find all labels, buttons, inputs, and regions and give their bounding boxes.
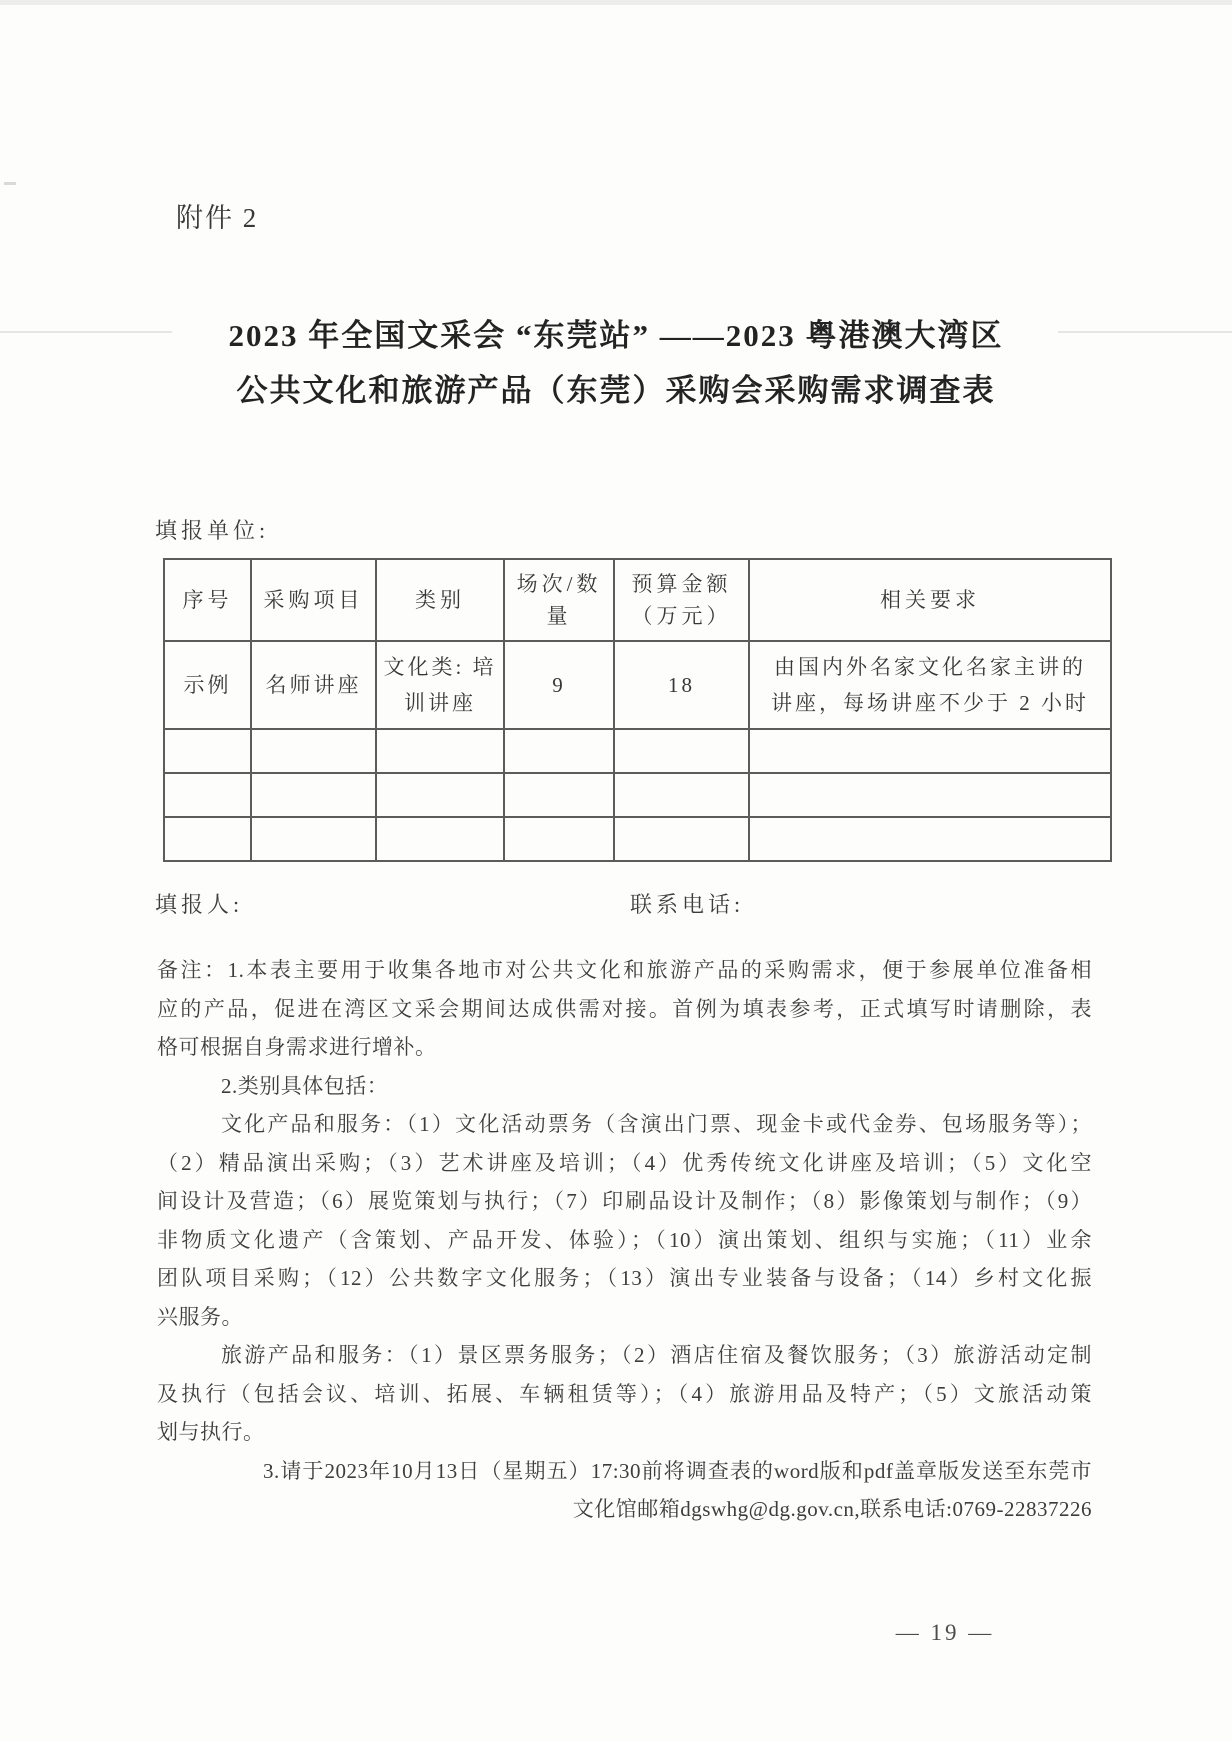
contact-phone-label: 联系电话: [630, 888, 744, 919]
table-header-row: 序号 采购项目 类别 场次/数 量 预算金额 （万元） 相关要求 [164, 559, 1111, 641]
seq-cell [164, 773, 251, 817]
note-line: 2.类别具体包括： [157, 1067, 1092, 1106]
header-seq: 序号 [164, 559, 251, 641]
scan-edge-mark [4, 182, 16, 185]
note-line: 划与执行。 [157, 1413, 1092, 1452]
note-line: 3.请于2023年10月13日（星期五）17:30前将调查表的word版和pdf… [157, 1452, 1092, 1491]
note-line: 间设计及营造；（6）展览策划与执行；（7）印刷品设计及制作；（8）影像策划与制作… [157, 1182, 1092, 1221]
sessions-cell: 9 [504, 641, 614, 729]
note-line: 备注：1.本表主要用于收集各地市对公共文化和旅游产品的采购需求，便于参展单位准备… [157, 951, 1092, 990]
note-line: 应的产品，促进在湾区文采会期间达成供需对接。首例为填表参考，正式填写时请删除，表 [157, 990, 1092, 1029]
header-requirements: 相关要求 [749, 559, 1111, 641]
seq-cell [164, 817, 251, 861]
budget-cell [614, 773, 749, 817]
item-cell: 名师讲座 [251, 641, 376, 729]
page-number: — 19 — [855, 1620, 1035, 1646]
budget-cell [614, 817, 749, 861]
document-title-line1: 2023 年全国文采会 “东莞站” ——2023 粤港澳大湾区 [0, 310, 1232, 355]
category-cell: 文化类: 培 训讲座 [376, 641, 504, 729]
header-budget: 预算金额 （万元） [614, 559, 749, 641]
table-row [164, 817, 1111, 861]
item-cell [251, 817, 376, 861]
note-line: 团队项目采购；（12）公共数字文化服务；（13）演出专业装备与设备；（14）乡村… [157, 1259, 1092, 1298]
form-unit-label: 填报单位: [155, 514, 269, 545]
filler-label: 填报人: [155, 888, 243, 919]
sessions-cell [504, 817, 614, 861]
budget-cell: 18 [614, 641, 749, 729]
note-line: 非物质文化遗产（含策划、产品开发、体验）；（10）演出策划、组织与实施；（11）… [157, 1221, 1092, 1260]
requirements-cell [749, 773, 1111, 817]
header-sessions: 场次/数 量 [504, 559, 614, 641]
document-title-line2: 公共文化和旅游产品（东莞）采购会采购需求调查表 [0, 365, 1232, 410]
note-line: 兴服务。 [157, 1298, 1092, 1337]
header-item: 采购项目 [251, 559, 376, 641]
table-row-example: 示例 名师讲座 文化类: 培 训讲座 9 18 由国内外名家文化名家主讲的 讲座… [164, 641, 1111, 729]
requirements-cell: 由国内外名家文化名家主讲的 讲座，每场讲座不少于 2 小时 [749, 641, 1111, 729]
note-line: 文化馆邮箱dgswhg@dg.gov.cn,联系电话:0769-22837226 [157, 1490, 1092, 1529]
seq-cell [164, 729, 251, 773]
scan-streak-top [0, 0, 1232, 5]
header-category: 类别 [376, 559, 504, 641]
table-row [164, 729, 1111, 773]
requirements-cell [749, 729, 1111, 773]
note-line: 文化产品和服务：（1）文化活动票务（含演出门票、现金卡或代金券、包场服务等）； [157, 1105, 1092, 1144]
item-cell [251, 773, 376, 817]
requirements-cell [749, 817, 1111, 861]
note-line: （2）精品演出采购；（3）艺术讲座及培训；（4）优秀传统文化讲座及培训；（5）文… [157, 1144, 1092, 1183]
sessions-cell [504, 773, 614, 817]
procurement-demand-table: 序号 采购项目 类别 场次/数 量 预算金额 （万元） 相关要求 示例 名师讲座… [163, 558, 1112, 862]
seq-cell: 示例 [164, 641, 251, 729]
notes-section: 备注：1.本表主要用于收集各地市对公共文化和旅游产品的采购需求，便于参展单位准备… [157, 951, 1092, 1529]
budget-cell [614, 729, 749, 773]
note-line: 及执行（包括会议、培训、拓展、车辆租赁等）；（4）旅游用品及特产；（5）文旅活动… [157, 1375, 1092, 1414]
category-cell [376, 817, 504, 861]
sessions-cell [504, 729, 614, 773]
category-cell [376, 773, 504, 817]
note-line: 旅游产品和服务：（1）景区票务服务；（2）酒店住宿及餐饮服务；（3）旅游活动定制 [157, 1336, 1092, 1375]
category-cell [376, 729, 504, 773]
attachment-label: 附件 2 [176, 196, 258, 235]
item-cell [251, 729, 376, 773]
table-row [164, 773, 1111, 817]
scanned-document-page: 附件 2 2023 年全国文采会 “东莞站” ——2023 粤港澳大湾区 公共文… [0, 0, 1232, 1741]
note-line: 格可根据自身需求进行增补。 [157, 1028, 1092, 1067]
